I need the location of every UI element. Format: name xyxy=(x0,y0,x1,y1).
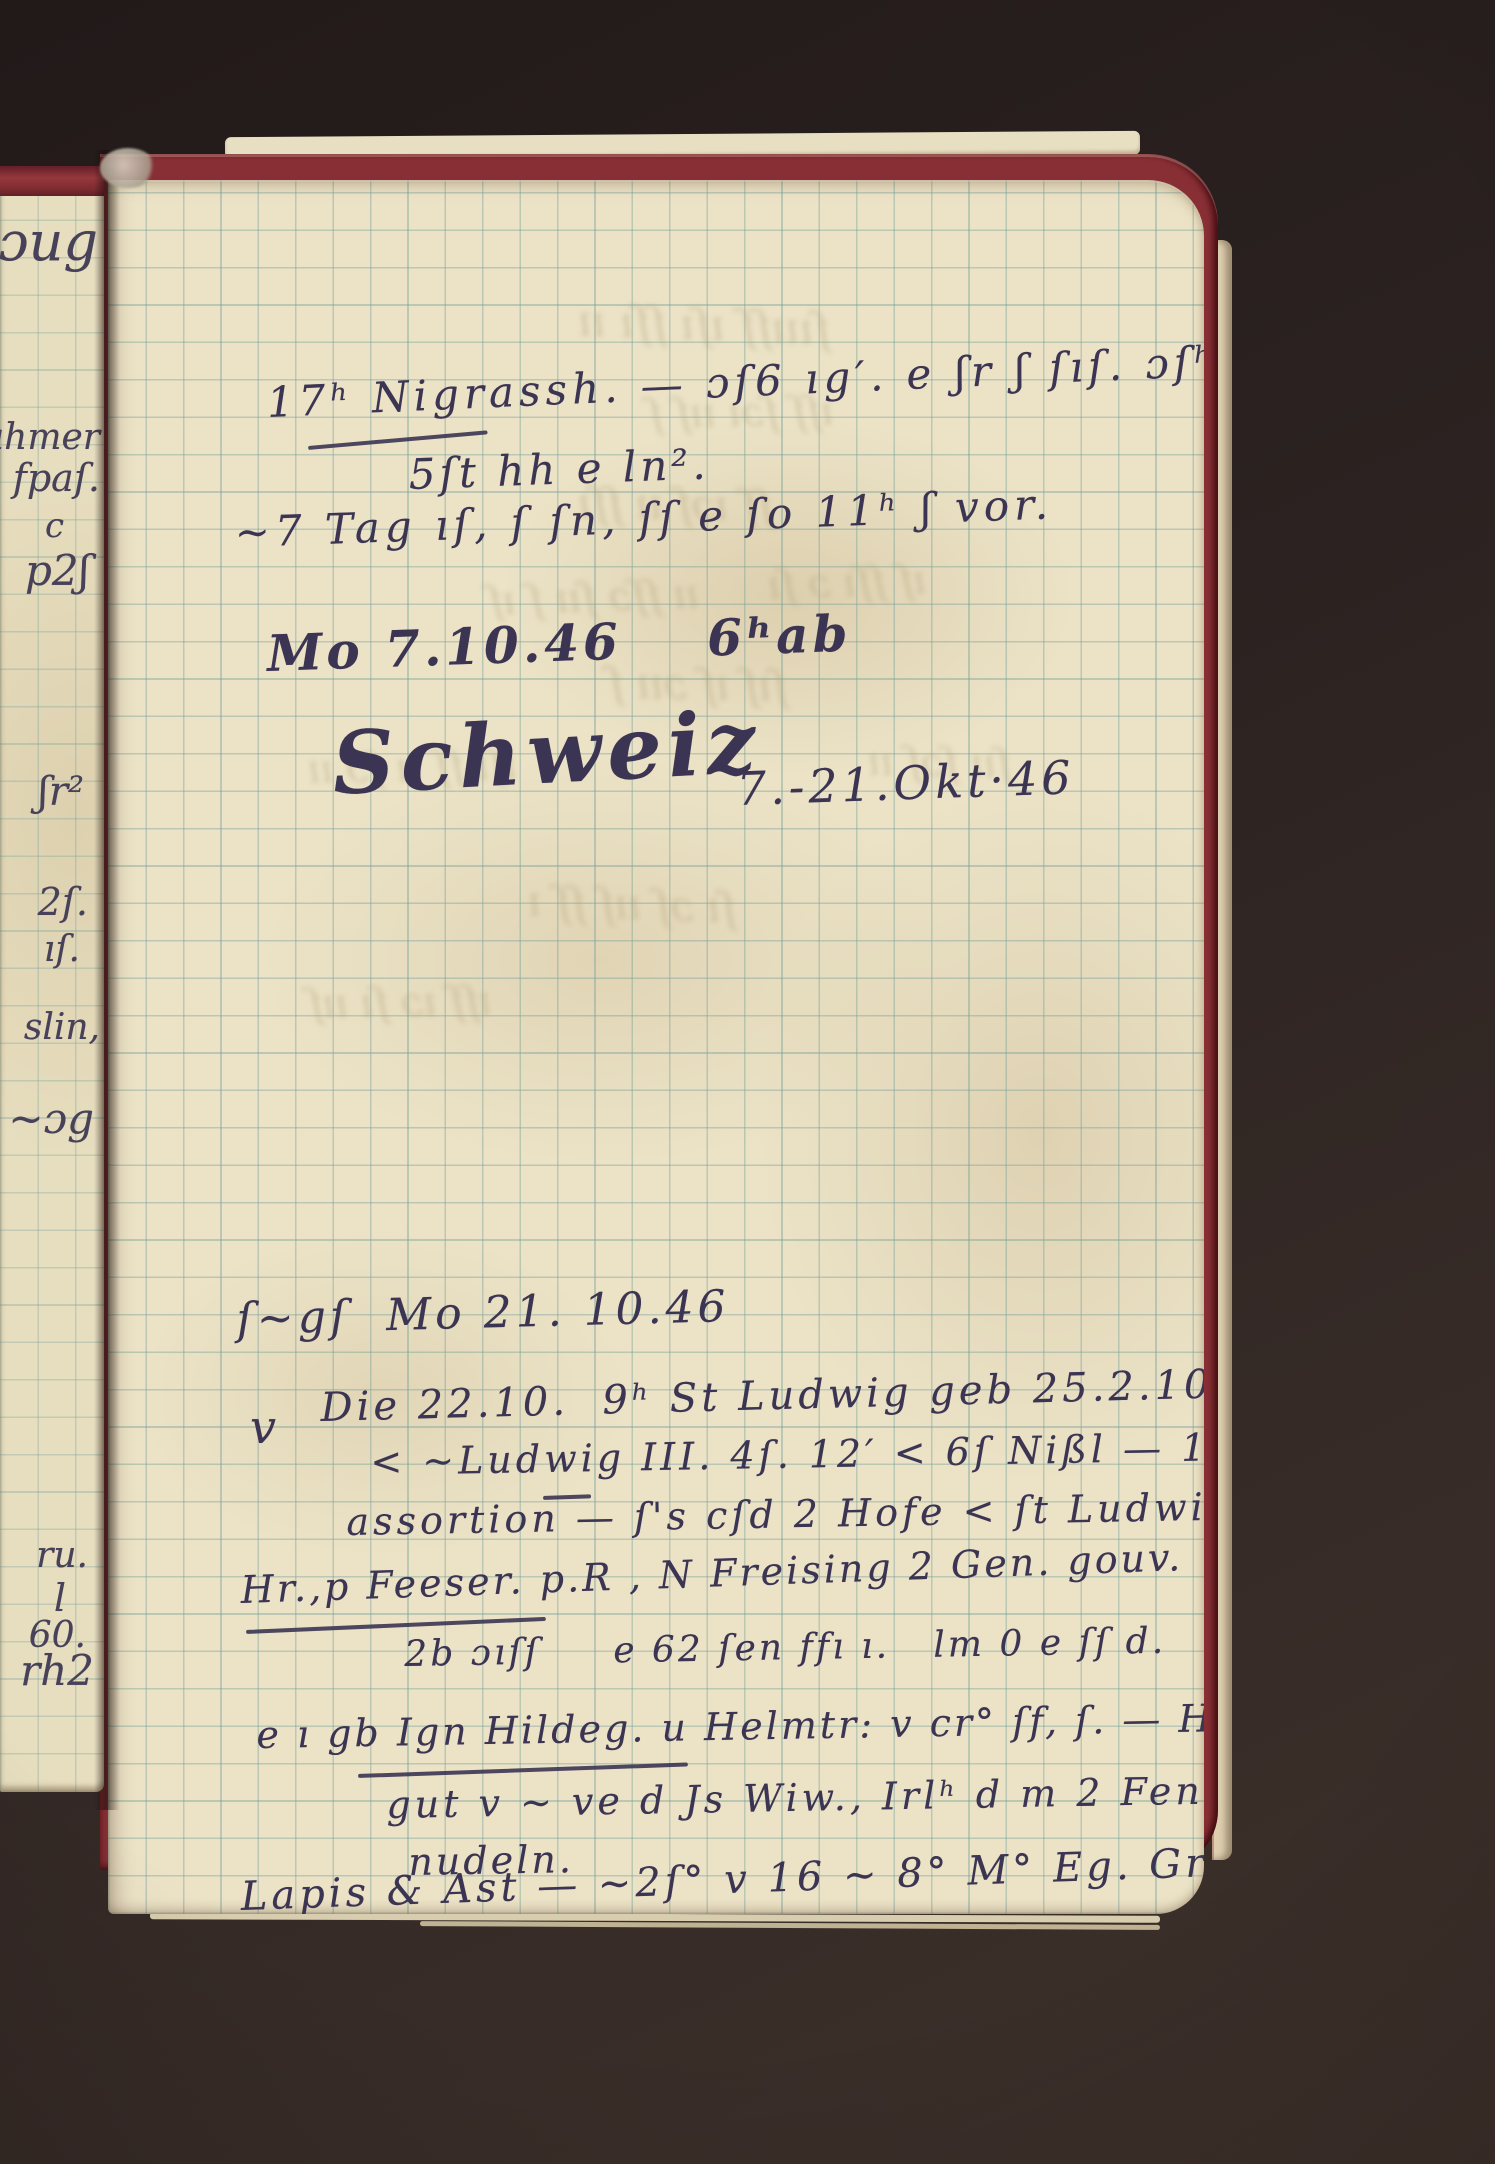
left-fragment: l xyxy=(54,1578,66,1620)
clasp-highlight xyxy=(100,148,156,188)
left-fragment: slin, xyxy=(24,1008,100,1048)
left-page-sliver: ɔugahmerfpaſ.cp2ʃʃr²2ſ.ıſ.slin,~ɔgru.l60… xyxy=(0,166,104,1792)
left-fragment: ahmer xyxy=(0,418,100,458)
left-fragment: rh2 xyxy=(20,1648,94,1694)
left-fragment: p2ʃ xyxy=(25,548,90,594)
left-fragment: ıſ. xyxy=(44,930,80,970)
underline-strokes-layer xyxy=(108,180,1204,1914)
notebook-scan: ɔugahmerfpaſ.cp2ʃʃr²2ſ.ıſ.slin,~ɔgru.l60… xyxy=(0,0,1495,2164)
left-page-text-fragments: ɔugahmerfpaſ.cp2ʃʃr²2ſ.ıſ.slin,~ɔgru.l60… xyxy=(0,166,104,1792)
left-fragment: ʃr² xyxy=(38,770,84,814)
left-fragment: c xyxy=(45,508,64,545)
underline-hildeg-helmtr xyxy=(358,1762,688,1778)
left-fragment: ~ɔg xyxy=(8,1096,94,1142)
underline-feeser xyxy=(246,1617,546,1634)
left-fragment: ru. xyxy=(36,1536,88,1576)
underline-ludwig-iii xyxy=(543,1494,591,1500)
binding-gutter-shadow xyxy=(94,150,120,1810)
page-stack-bottom-edge-2 xyxy=(420,1921,1160,1930)
underline-nigrassh xyxy=(308,430,488,450)
notebook-page: ſıııſſ ıſı ſſı ıııſſ ſɔı ııſ ſſſ ıɔſ ıı … xyxy=(108,180,1204,1914)
left-fragment: 2ſ. xyxy=(38,882,88,924)
left-fragment: ɔug xyxy=(0,212,98,271)
left-fragment: fpaſ. xyxy=(13,458,100,500)
